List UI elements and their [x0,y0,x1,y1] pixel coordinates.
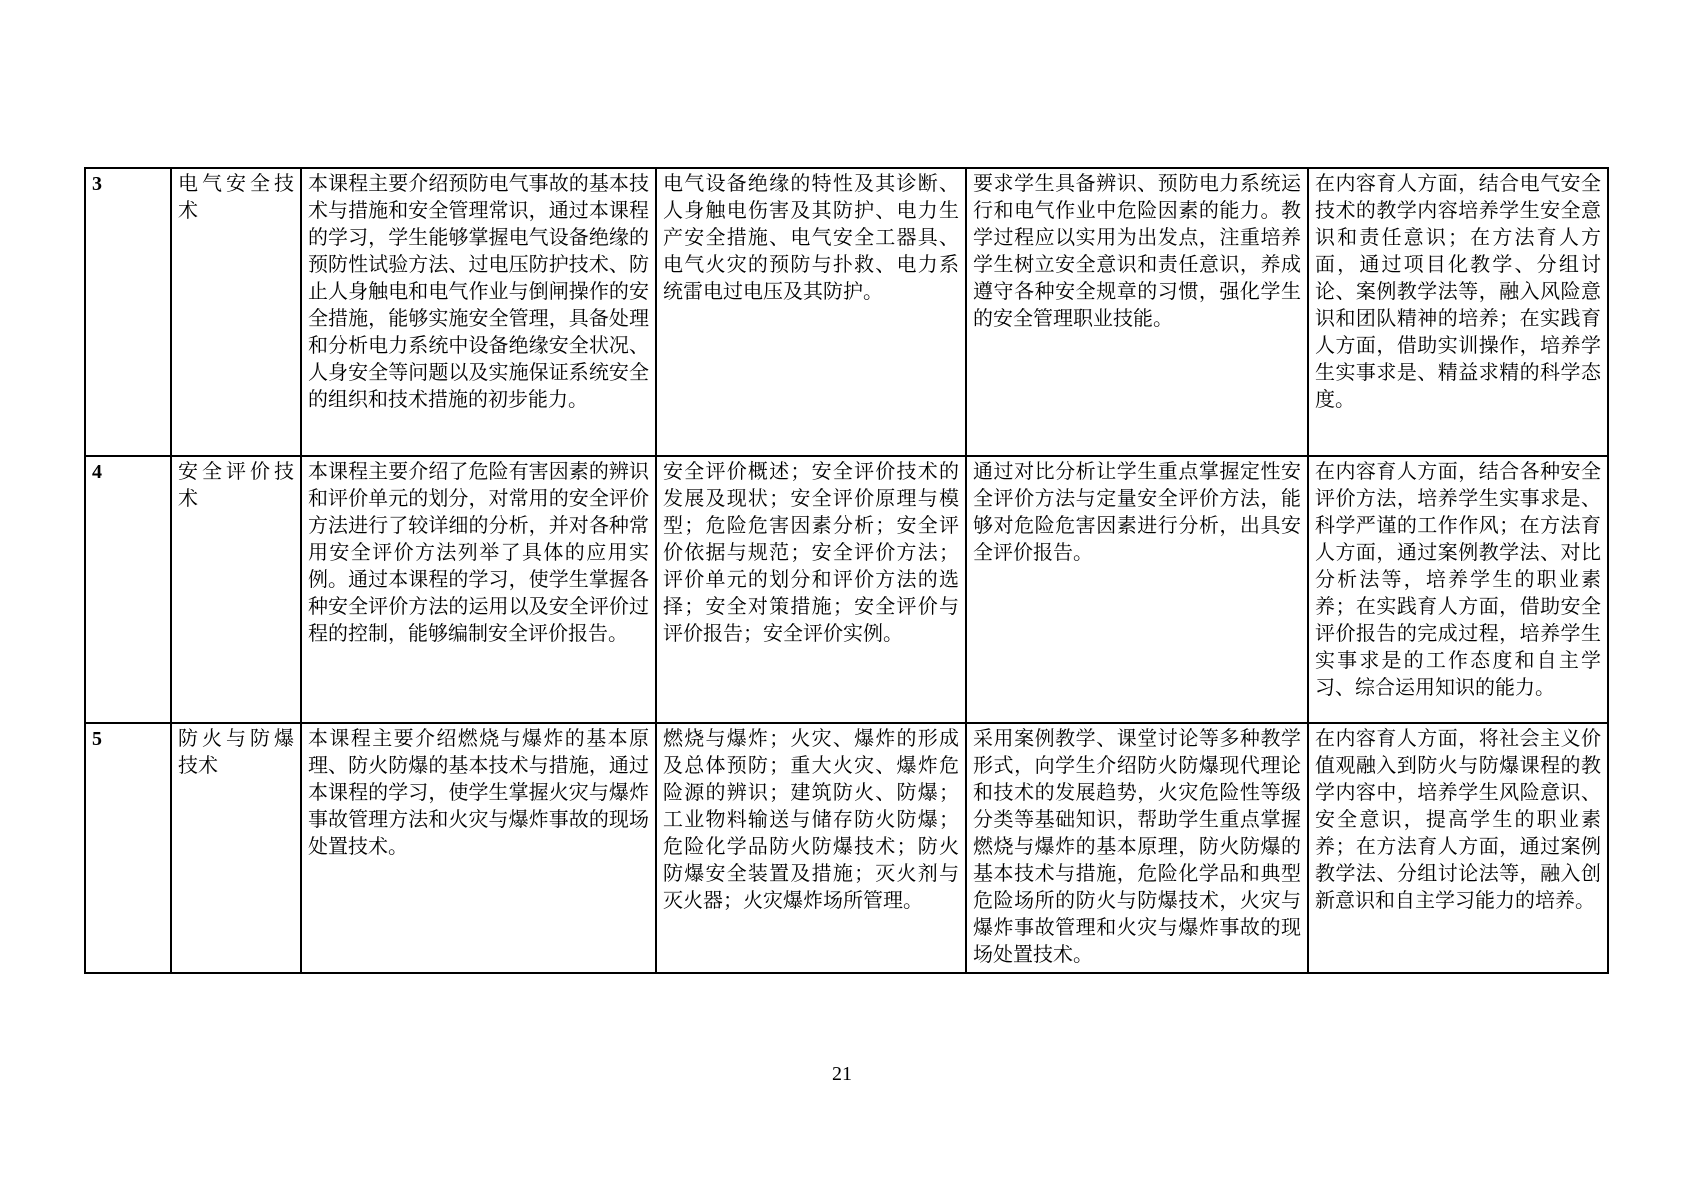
teaching-requirements-cell: 要求学生具备辨识、预防电力系统运行和电气作业中危险因素的能力。教学过程应以实用为… [966,168,1308,456]
row-index-cell: 4 [85,456,171,723]
row-index-cell: 3 [85,168,171,456]
education-integration-cell: 在内容育人方面，将社会主义价值观融入到防火与防爆课程的教学内容中，培养学生风险意… [1308,723,1608,973]
table-row: 5 防火与防爆技术 本课程主要介绍燃烧与爆炸的基本原理、防火防爆的基本技术与措施… [85,723,1608,973]
education-integration-cell: 在内容育人方面，结合各种安全评价方法，培养学生实事求是、科学严谨的工作作风；在方… [1308,456,1608,723]
course-description-cell: 本课程主要介绍预防电气事故的基本技术与措施和安全管理常识，通过本课程的学习，学生… [301,168,656,456]
course-name-cell: 电气安全技术 [171,168,301,456]
course-description-cell: 本课程主要介绍了危险有害因素的辨识和评价单元的划分，对常用的安全评价方法进行了较… [301,456,656,723]
page-number: 21 [0,1063,1684,1086]
course-table: 3 电气安全技术 本课程主要介绍预防电气事故的基本技术与措施和安全管理常识，通过… [84,167,1609,974]
course-content-cell: 安全评价概述；安全评价技术的发展及现状；安全评价原理与模型；危险危害因素分析；安… [656,456,966,723]
course-content-cell: 燃烧与爆炸；火灾、爆炸的形成及总体预防；重大火灾、爆炸危险源的辨识；建筑防火、防… [656,723,966,973]
table-row: 4 安全评价技术 本课程主要介绍了危险有害因素的辨识和评价单元的划分，对常用的安… [85,456,1608,723]
course-name-cell: 防火与防爆技术 [171,723,301,973]
course-name-cell: 安全评价技术 [171,456,301,723]
course-table-body: 3 电气安全技术 本课程主要介绍预防电气事故的基本技术与措施和安全管理常识，通过… [85,168,1608,973]
document-page: 3 电气安全技术 本课程主要介绍预防电气事故的基本技术与措施和安全管理常识，通过… [0,0,1684,1191]
row-index-cell: 5 [85,723,171,973]
education-integration-cell: 在内容育人方面，结合电气安全技术的教学内容培养学生安全意识和责任意识；在方法育人… [1308,168,1608,456]
teaching-requirements-cell: 通过对比分析让学生重点掌握定性安全评价方法与定量安全评价方法，能够对危险危害因素… [966,456,1308,723]
course-description-cell: 本课程主要介绍燃烧与爆炸的基本原理、防火防爆的基本技术与措施，通过本课程的学习，… [301,723,656,973]
course-content-cell: 电气设备绝缘的特性及其诊断、人身触电伤害及其防护、电力生产安全措施、电气安全工器… [656,168,966,456]
teaching-requirements-cell: 采用案例教学、课堂讨论等多种教学形式，向学生介绍防火防爆现代理论和技术的发展趋势… [966,723,1308,973]
table-row: 3 电气安全技术 本课程主要介绍预防电气事故的基本技术与措施和安全管理常识，通过… [85,168,1608,456]
